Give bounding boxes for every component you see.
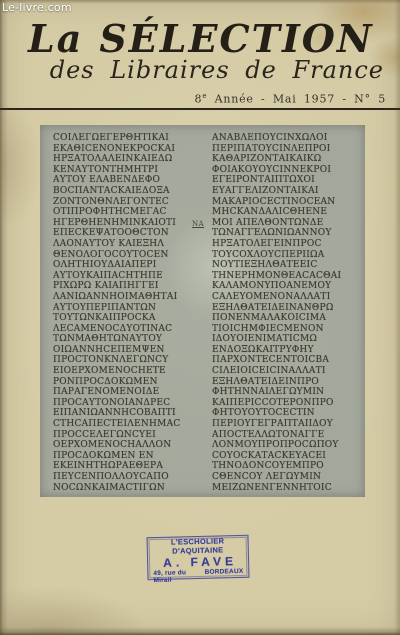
manuscript-line: ΕΓΕΙΡΟΝΤΑΙΠΤΩΧΟΙ (212, 175, 362, 186)
manuscript-line: ΗΡΞΑΤΟΛΕΓΕΙΝΠΡΟϹ (212, 239, 362, 250)
page-title: LaSÉLECTION (28, 16, 374, 61)
manuscript-line: ΕΞΗΛΘΑΤΕΙΔΕΙΝΑΝΘΡΩ (212, 303, 362, 314)
manuscript-line: ΤΟΥϹΟΧΛΟΥϹΠΕΡΙΙΩΑ (212, 250, 362, 261)
stamp-city: BORDEAUX (204, 568, 243, 583)
manuscript-line: ΖΟΝΤΟΝΘΝΛΕΓΟΝΤΕϹ (53, 197, 203, 208)
manuscript-line: ΒΟϹΠΑΝΤΑϹΚΑΙΕΔΟΞΑ (53, 186, 203, 197)
manuscript-line: ΕΥΑΓΓΕΛΙΖΟΝΤΑΙΚΑΙ (212, 186, 362, 197)
manuscript-line: ΑΝΑΒΛΕΠΟΥϹΙΝΧΩΛΟΙ (212, 133, 362, 144)
manuscript-line: ΦΗΤΗΝΝΑΙΛΕΓΩΥΜΙΝ (212, 387, 362, 398)
title-main: SÉLECTION (99, 16, 373, 61)
issue-date-number: Année - Mai 1957 - N° 5 (215, 93, 386, 106)
manuscript-line: ΑΠΟϹΤΕΛΛΩΤΟΝΑΓΓΕ (212, 430, 362, 441)
stamp-street: 49, rue du Mirail (153, 569, 205, 584)
title-prefix: La (28, 16, 83, 61)
manuscript-line: ΛΑΝΙΩΑΝΝΗΟΙΜΑΘΗΤΑΙ (53, 292, 203, 303)
manuscript-line: ΕΠΕϹΚΕΨΑΤΟΟΘϹΤΟΝ (53, 228, 203, 239)
manuscript-line: ΕΙΟΕΡΧΟΜΕΝΟϹΗΕΤΕ (53, 366, 203, 377)
manuscript-line: ΟΙΩΑΝΝΗϹΕΠΕΜΨΕΝ (53, 345, 203, 356)
manuscript-line: ΝΟϹΩΝΚΑΙΜΑϹΤΙΓΩΝ (53, 483, 203, 494)
manuscript-line: ΚΑΛΑΜΟΝΥΠΟΑΝΕΜΟΥ (212, 281, 362, 292)
manuscript-line: ΟΕΡΧΟΜΕΝΟϹΗΑΛΛΟΝ (53, 440, 203, 451)
manuscript-line: ΗΓΕΡΘΗΕΝΗΜΙΝΚΑΙΟΤΙ (53, 218, 203, 229)
manuscript-line: ϹΤΗϹΑΠΕϹΤΕΙΛΕΝΗΜΑϹ (53, 419, 203, 430)
manuscript-line: ϹΟΥΟϹΚΑΤΑϹΚΕΥΑϹΕΙ (212, 451, 362, 462)
manuscript-column-left: ϹΟΙΛΕΓΩΕΓΕΡΘΗΤΙΚΑΙΕΚΑΘΙϹΕΝΟΝΕΚΡΟϹΚΑΙΗΡΞΑ… (53, 133, 203, 493)
manuscript-line: ΠΟΝΕΝΜΑΛΑΚΟΙϹΙΜΑ (212, 313, 362, 324)
manuscript-line: ΕΞΗΛΘΑΤΕΙΔΕΙΝΠΡΟ (212, 377, 362, 388)
manuscript-line: ΦΟΙΑΚΟΥΟΥϹΙΝΝΕΚΡΟΙ (212, 165, 362, 176)
manuscript-line: ΕΚΑΘΙϹΕΝΟΝΕΚΡΟϹΚΑΙ (53, 144, 203, 155)
manuscript-line: ΛΟΝΜΟΥΠΡΟΠΡΟϹΩΠΟΥ (212, 440, 362, 451)
manuscript-line: ΤΩΝΜΑΘΗΤΩΝΑΥΤΟΥ (53, 334, 203, 345)
stamp-address-line: 49, rue du Mirail BORDEAUX (148, 568, 248, 584)
manuscript-line: ΦΗΤΟΥΟΥΤΟϹΕϹΤΙΝ (212, 408, 362, 419)
manuscript-line: ΠΡΟϹΔΟΚΩΜΕΝ ΕΝ (53, 451, 203, 462)
manuscript-line: ΘΕΝΟΛΟΓΟϹΟΥΤΟϹΕΝ (53, 250, 203, 261)
manuscript-line: ΡΙΧΩΡΩ ΚΑΙΑΠΗΓΓΕΙ (53, 281, 203, 292)
manuscript-line: ϹΙΛΕΙΟΙϹΕΙϹΙΝΑΛΛΑΤΙ (212, 366, 362, 377)
manuscript-line: ϹΘΕΝϹΟΥ ΛΕΓΩΥΜΙΝ (212, 472, 362, 483)
manuscript-line: ΠΑΡΑΓΕΝΟΜΕΝΟΙΔΕ (53, 387, 203, 398)
manuscript-line: ΜΗϹΚΑΝΔΑΛΙϹΘΗΕΝΕ (212, 207, 362, 218)
manuscript-line: ΠΡΟϹϹΕΛΕΓΩΝϹΥΕΙ (53, 430, 203, 441)
divider-rule (0, 108, 400, 110)
manuscript-line: ΝΟΥΤΙΕΞΗΛΘΑΤΕΕΙϹ (212, 260, 362, 271)
issue-volume-ordinal: e (202, 92, 207, 100)
manuscript-line: ΚΑΙΠΕΡΙϹϹΟΤΕΡΟΝΠΡΟ (212, 398, 362, 409)
manuscript-line: ΟΛΗΤΗΙΟΥΔΑΙΑΠΕΡΙ (53, 260, 203, 271)
manuscript-line: ΚΑΘΑΡΙΖΟΝΤΑΙΚΑΙΚΩ (212, 154, 362, 165)
manuscript-line: ΗΡΞΑΤΟΛΑΛΕΙΝΚΑΙΕΔΩ (53, 154, 203, 165)
issue-info: 8e Année - Mai 1957 - N° 5 (195, 92, 386, 106)
manuscript-line: ΟΤΙΠΡΟΦΗΤΗϹΜΕΓΑϹ (53, 207, 203, 218)
manuscript-line: ΠΡΟϹΑΥΤΟΝΟΙΑΝΔΡΕϹ (53, 398, 203, 409)
manuscript-line: ΑΥΤΟΥΠΕΡΙΠΑΝΤΩΝ (53, 303, 203, 314)
subtitle: des Libraires de France (50, 56, 384, 84)
bookseller-stamp: L'ESCHOLIER D'AQUITAINE A. FAVE 49, rue … (146, 535, 249, 580)
manuscript-line: ΜΟΙ ΑΠΕΛΘΟΝΤΩΝΔΕ (212, 218, 362, 229)
manuscript-line: ΤΗΝΕΡΗΜΟΝΘΕΑϹΑϹΘΑΙ (212, 271, 362, 282)
manuscript-line: ΠΑΡΧΟΝΤΕϹΕΝΤΟΙϹΒΑ (212, 355, 362, 366)
manuscript-line: ΜΕΙΖΩΝΕΝΓΕΝΝΗΤΟΙϹ (212, 483, 362, 494)
manuscript-line: ΕΚΕΙΝΗΤΗΩΡΑΕΘΕΡΑ (53, 461, 203, 472)
manuscript-line: ϹΑΛΕΥΟΜΕΝΟΝΑΛΛΑΤΙ (212, 292, 362, 303)
manuscript-line: ΠΕΡΙΟΥΓΕΓΡΑΠΤΑΙΙΔΟΥ (212, 419, 362, 430)
manuscript-line: ΑΥΤΟΥΚΑΙΠΑϹΗΤΗΠΕ (53, 271, 203, 282)
manuscript-line: ΕΙΠΑΝΙΩΑΝΝΗϹΟΒΑΠΤΙ (53, 408, 203, 419)
manuscript-line: ΕΝΔΟΞΩΚΑΙΤΡΥΦΗΥ (212, 345, 362, 356)
manuscript-column-right: ΑΝΑΒΛΕΠΟΥϹΙΝΧΩΛΟΙΠΕΡΙΠΑΤΟΥϹΙΝΛΕΠΡΟΙΚΑΘΑΡ… (212, 133, 362, 493)
manuscript-margin-note: ΝΑ (192, 220, 204, 228)
manuscript-line: ΜΑΚΑΡΙΟϹΕϹΤΙΝΟϹΕΑΝ (212, 197, 362, 208)
manuscript-line: ΠΕΥϹΕΝΠΟΛΛΟΥϹΑΠΟ (53, 472, 203, 483)
manuscript-line: ΤΩΝΑΓΓΕΛΩΝΙΩΑΝΝΟΥ (212, 228, 362, 239)
manuscript-line: ΤΗΝΟΔΟΝϹΟΥΕΜΠΡΟ (212, 461, 362, 472)
manuscript-line: ΚΕΝΑΥΤΟΝΤΗΜΗΤΡΙ (53, 165, 203, 176)
manuscript-line: ΠΕΡΙΠΑΤΟΥϹΙΝΛΕΠΡΟΙ (212, 144, 362, 155)
manuscript-line: ΛΕϹΑΜΕΝΟϹΔΥΟΤΙΝΑϹ (53, 324, 203, 335)
manuscript-line: ΙΔΟΥΟΙΕΝΙΜΑΤΙϹΜΩ (212, 334, 362, 345)
manuscript-line: ΑΥΤΟΥ ΕΛΑΒΕΝΔΕΦΟ (53, 175, 203, 186)
scan-watermark: Le-livre.com (2, 1, 72, 14)
manuscript-line: ΡΟΝΠΡΟϹΔΟΚΩΜΕΝ (53, 377, 203, 388)
manuscript-line: ΤΙΟΙϹΗΜΦΙΕϹΜΕΝΟΝ (212, 324, 362, 335)
manuscript-line: ϹΟΙΛΕΓΩΕΓΕΡΘΗΤΙΚΑΙ (53, 133, 203, 144)
manuscript-line: ΤΟΥΤΩΝΚΑΙΠΡΟϹΚΑ (53, 313, 203, 324)
manuscript-line: ΠΡΟϹΤΟΝΚΝΛΕΓΩΝϹΥ (53, 355, 203, 366)
magazine-cover-page: Le-livre.com LaSÉLECTION des Libraires d… (0, 0, 400, 635)
manuscript-photograph: ϹΟΙΛΕΓΩΕΓΕΡΘΗΤΙΚΑΙΕΚΑΘΙϹΕΝΟΝΕΚΡΟϹΚΑΙΗΡΞΑ… (40, 125, 365, 497)
manuscript-line: ΛΑΟΝΑΥΤΟΥ ΚΑΙΕΞΗΛ (53, 239, 203, 250)
